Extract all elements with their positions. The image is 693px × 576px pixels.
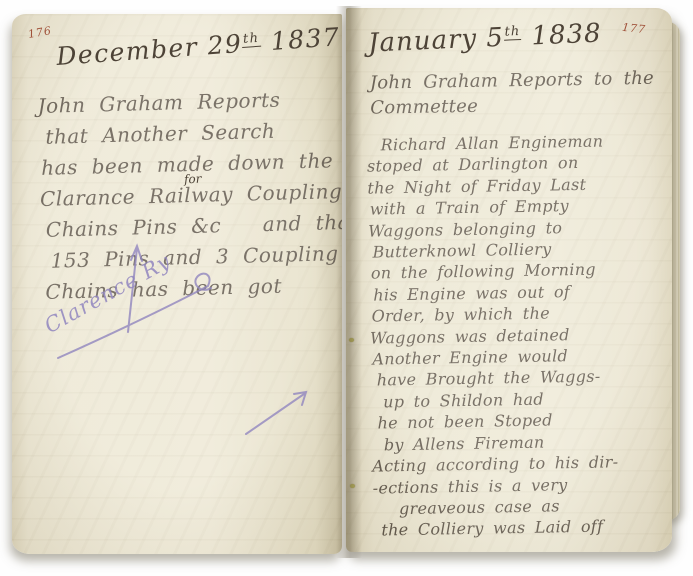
heading-ordinal: th: [503, 24, 521, 41]
open-journal: 176 December 29th1837 John Graham Report…: [10, 6, 682, 562]
left-page: 176 December 29th1837 John Graham Report…: [12, 14, 342, 554]
photograph-of-journal: 176 December 29th1837 John Graham Report…: [0, 0, 693, 576]
entry-date-heading: December 29th1837: [55, 22, 342, 71]
entry-text: Richard Allan Enginemanstoped at Darling…: [366, 129, 672, 541]
binding-hole-dot: [350, 484, 355, 488]
heading-ordinal: th: [241, 30, 261, 47]
heading-year: 1837: [270, 22, 341, 56]
entry-text: John Graham Reportsthat Another Searchha…: [37, 83, 342, 308]
handwritten-line: Commettee: [370, 90, 672, 120]
heading-day: January 5: [367, 23, 504, 59]
page-number: 177: [621, 21, 646, 36]
handwritten-line: the Colliery was Laid off: [381, 515, 672, 542]
entry-salutation: John Graham Reports to theCommettee: [370, 65, 672, 120]
page-number: 176: [27, 24, 53, 41]
pencil-arrow-ne-icon: [246, 392, 306, 434]
interlinear-word: for: [184, 172, 202, 187]
binding-hole-dot: [349, 338, 354, 342]
right-page: 177 January 5th1838 John Graham Reports …: [346, 8, 672, 552]
heading-day: December 29: [55, 29, 243, 71]
heading-year: 1838: [531, 18, 602, 51]
